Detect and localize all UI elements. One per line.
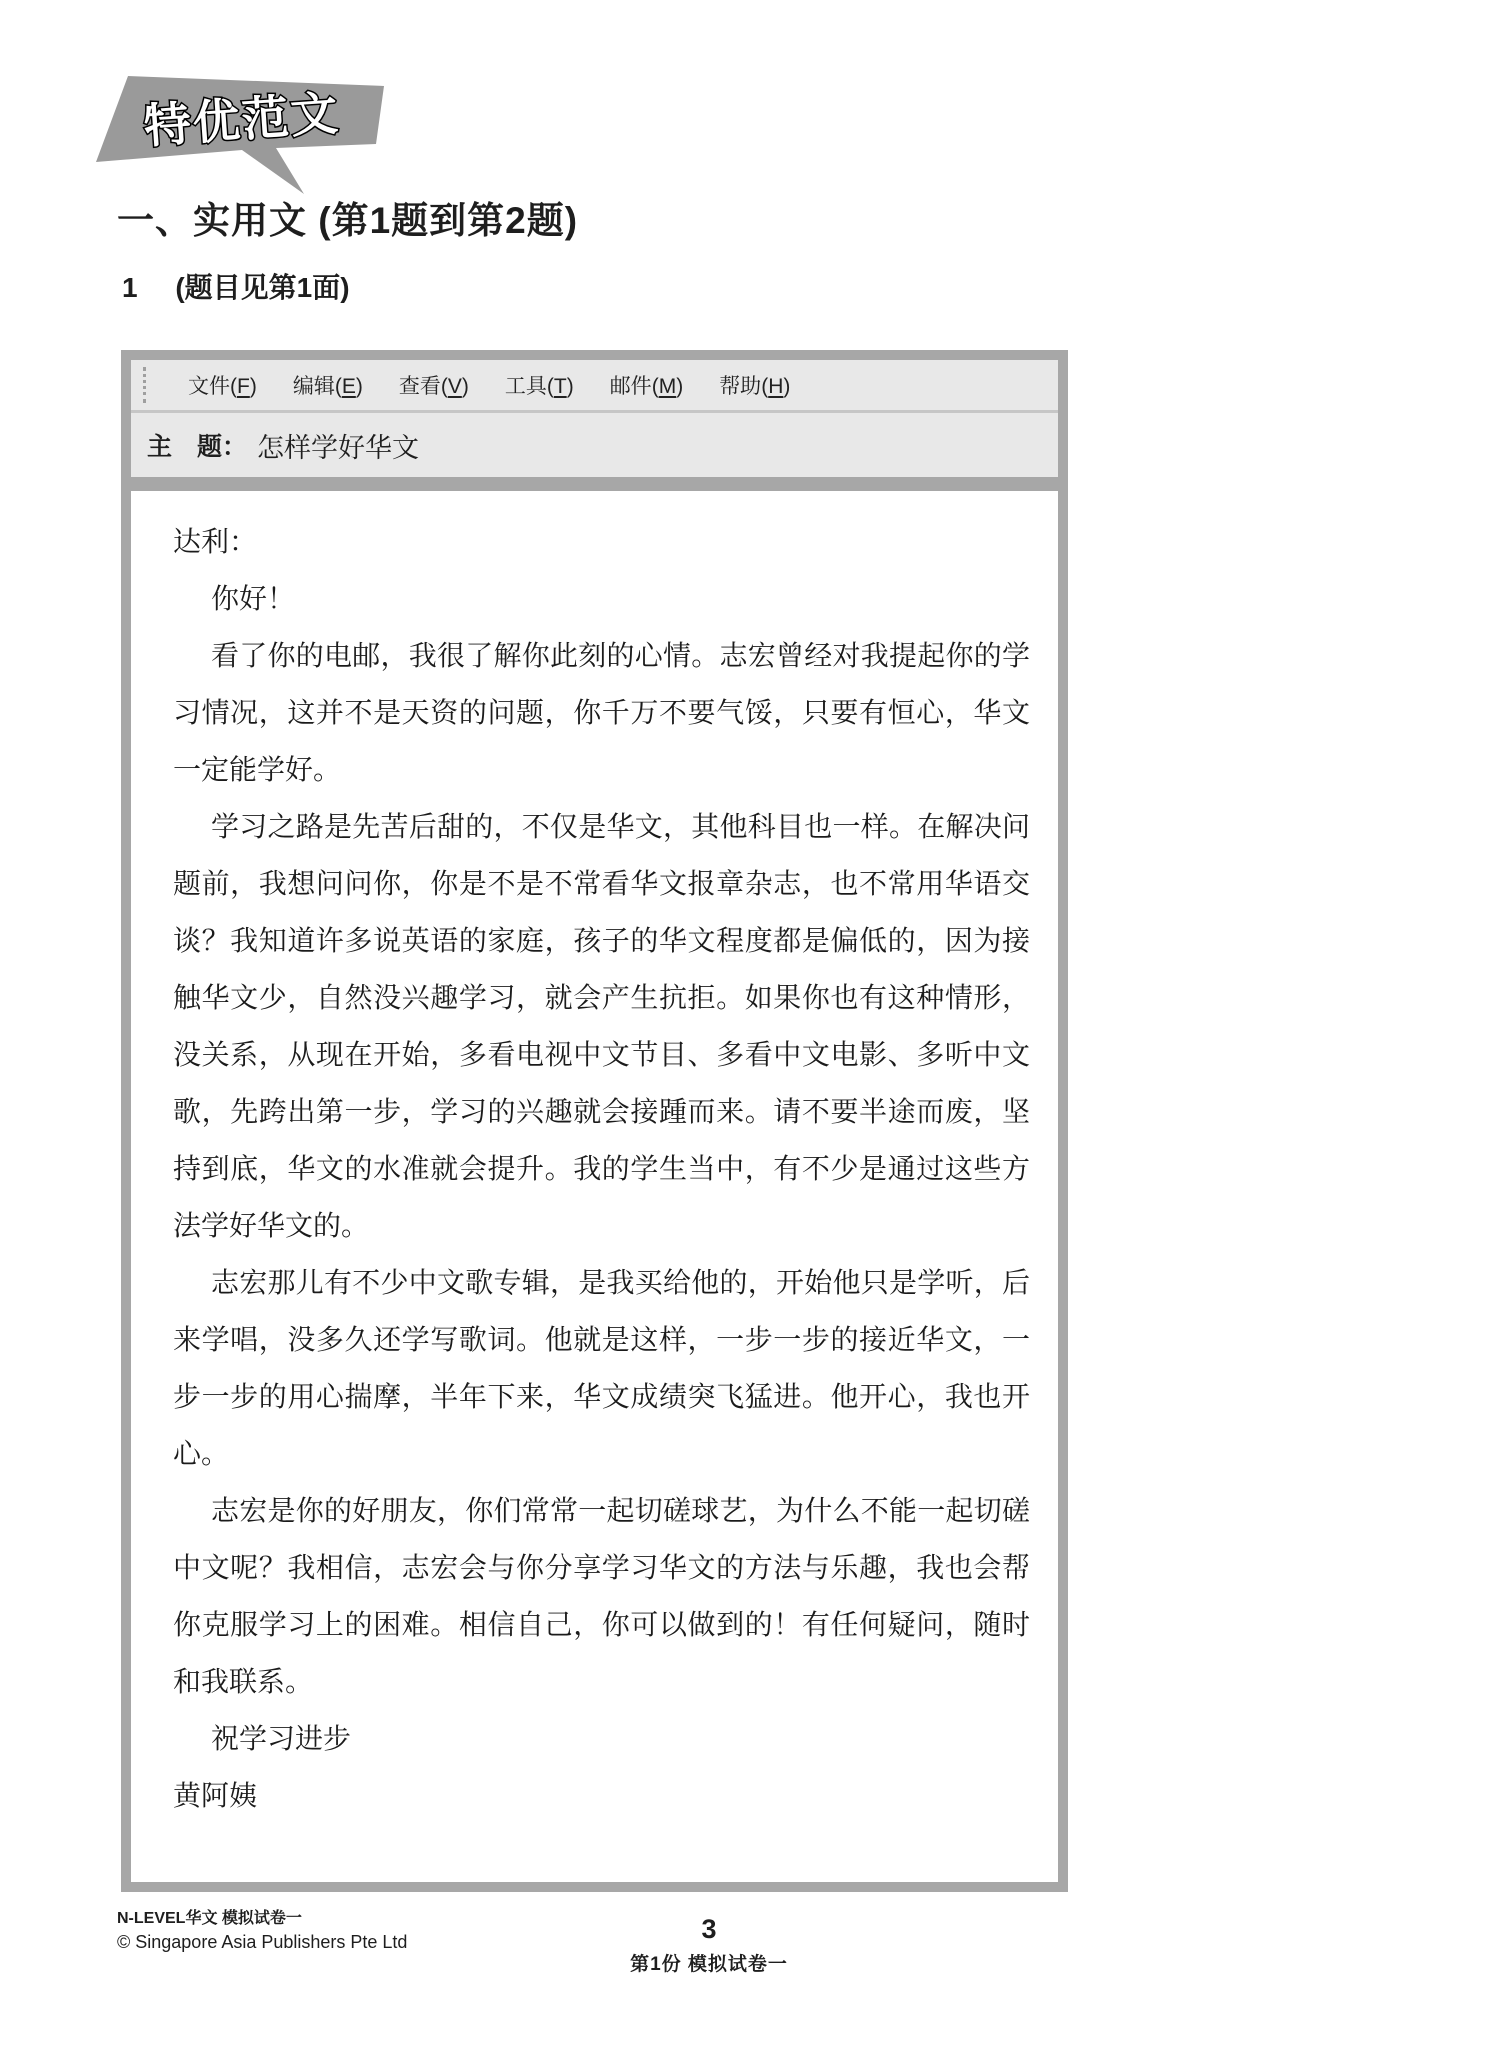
menu-item-file[interactable]: 文件F <box>188 370 257 400</box>
email-greeting: 你好！ <box>173 570 1030 627</box>
email-salutation: 达利： <box>173 513 1030 570</box>
email-body: 达利： 你好！ 看了你的电邮，我很了解你此刻的心情。志宏曾经对我提起你的学习情况… <box>131 491 1058 1882</box>
email-paragraph: 志宏是你的好朋友，你们常常一起切磋球艺，为什么不能一起切磋中文呢？我相信，志宏会… <box>173 1482 1030 1710</box>
menubar-grip-handle[interactable] <box>143 367 146 403</box>
footer-page-number: 3 <box>630 1914 788 1945</box>
footer-section-label: 第1份 模拟试卷一 <box>630 1949 788 1976</box>
question-note: (题目见第1面) <box>175 272 349 303</box>
footer-center: 3 第1份 模拟试卷一 <box>630 1914 788 1976</box>
menu-item-mail[interactable]: 邮件M <box>610 370 684 400</box>
section-heading: 一、实用文 (第1题到第2题) <box>117 190 578 244</box>
menu-item-label: 帮助 <box>719 375 761 398</box>
footer-series: N-LEVEL华文 模拟试卷一 <box>117 1908 407 1930</box>
subject-label: 主 题： <box>147 427 247 463</box>
menu-item-accesskey: H <box>761 375 790 398</box>
menu-item-view[interactable]: 查看V <box>399 370 469 400</box>
model-essay-badge: 特优范文 <box>84 44 396 202</box>
footer-copyright: © Singapore Asia Publishers Pte Ltd <box>117 1930 407 1955</box>
question-number: 1 <box>122 272 138 303</box>
menu-item-tools[interactable]: 工具T <box>505 370 574 400</box>
email-paragraph: 学习之路是先苦后甜的，不仅是华文，其他科目也一样。在解决问题前，我想问问你，你是… <box>173 798 1030 1254</box>
menu-item-label: 查看 <box>399 375 441 398</box>
menu-item-accesskey: V <box>441 375 469 398</box>
email-closing: 祝学习进步 <box>173 1710 1030 1767</box>
menu-item-label: 文件 <box>188 375 230 398</box>
menu-item-label: 邮件 <box>610 375 652 398</box>
email-window: 文件F 编辑E 查看V 工具T 邮件M 帮助H 主 题： 怎样学好华文 达利： … <box>121 350 1068 1892</box>
menu-item-label: 编辑 <box>293 375 335 398</box>
menu-item-accesskey: E <box>335 375 363 398</box>
email-signature: 黄阿姨 <box>173 1767 1030 1824</box>
page: 特优范文 一、实用文 (第1题到第2题) 1 (题目见第1面) 文件F 编辑E … <box>0 0 1506 2051</box>
menu-bar: 文件F 编辑E 查看V 工具T 邮件M 帮助H <box>131 360 1058 413</box>
subject-bar: 主 题： 怎样学好华文 <box>131 413 1058 491</box>
question-line: 1 (题目见第1面) <box>122 266 350 306</box>
menu-item-accesskey: M <box>652 375 684 398</box>
menu-item-help[interactable]: 帮助H <box>719 370 790 400</box>
footer-left: N-LEVEL华文 模拟试卷一 © Singapore Asia Publish… <box>117 1908 407 1956</box>
email-paragraph: 志宏那儿有不少中文歌专辑，是我买给他的，开始他只是学听，后来学唱，没多久还学写歌… <box>173 1254 1030 1482</box>
menu-item-label: 工具 <box>505 375 547 398</box>
email-paragraph: 看了你的电邮，我很了解你此刻的心情。志宏曾经对我提起你的学习情况，这并不是天资的… <box>173 627 1030 798</box>
menu-item-accesskey: F <box>230 375 257 398</box>
subject-value: 怎样学好华文 <box>257 426 419 465</box>
menu-item-edit[interactable]: 编辑E <box>293 370 363 400</box>
menu-item-accesskey: T <box>547 375 574 398</box>
